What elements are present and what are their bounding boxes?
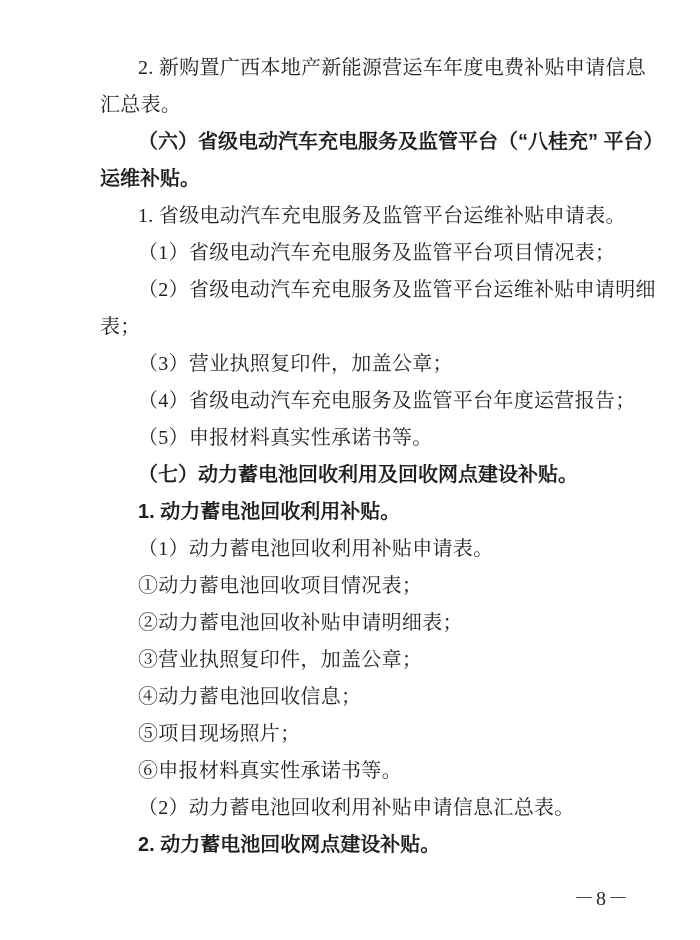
text-line: （5）申报材料真实性承诺书等。: [100, 420, 635, 457]
text-line: 表；: [100, 309, 635, 346]
text-line: （1）省级电动汽车充电服务及监管平台项目情况表；: [100, 235, 635, 272]
text-line: ⑥申报材料真实性承诺书等。: [100, 753, 635, 790]
heading-line: （六）省级电动汽车充电服务及监管平台（“八桂充” 平台）: [100, 124, 635, 161]
text-line: ②动力蓄电池回收补贴申请明细表；: [100, 605, 635, 642]
text-line: 2. 新购置广西本地产新能源营运车年度电费补贴申请信息: [100, 50, 635, 87]
heading-line: 1. 动力蓄电池回收利用补贴。: [100, 494, 635, 531]
heading-line: 2. 动力蓄电池回收网点建设补贴。: [100, 827, 635, 864]
text-line: （3）营业执照复印件，加盖公章；: [100, 346, 635, 383]
text-line: ⑤项目现场照片；: [100, 716, 635, 753]
text-line: ①动力蓄电池回收项目情况表；: [100, 568, 635, 605]
text-line: （4）省级电动汽车充电服务及监管平台年度运营报告；: [100, 383, 635, 420]
text-line: ③营业执照复印件，加盖公章；: [100, 642, 635, 679]
text-line: ④动力蓄电池回收信息；: [100, 679, 635, 716]
document-body: 2. 新购置广西本地产新能源营运车年度电费补贴申请信息汇总表。（六）省级电动汽车…: [100, 50, 635, 864]
text-line: 汇总表。: [100, 87, 635, 124]
heading-line: （七）动力蓄电池回收利用及回收网点建设补贴。: [100, 457, 635, 494]
text-line: （2）省级电动汽车充电服务及监管平台运维补贴申请明细: [100, 272, 635, 309]
page-number: －8－: [574, 882, 630, 911]
text-line: （2）动力蓄电池回收利用补贴申请信息汇总表。: [100, 790, 635, 827]
text-line: 1. 省级电动汽车充电服务及监管平台运维补贴申请表。: [100, 198, 635, 235]
heading-line: 运维补贴。: [100, 161, 635, 198]
text-line: （1）动力蓄电池回收利用补贴申请表。: [100, 531, 635, 568]
document-page: 2. 新购置广西本地产新能源营运车年度电费补贴申请信息汇总表。（六）省级电动汽车…: [0, 0, 700, 940]
